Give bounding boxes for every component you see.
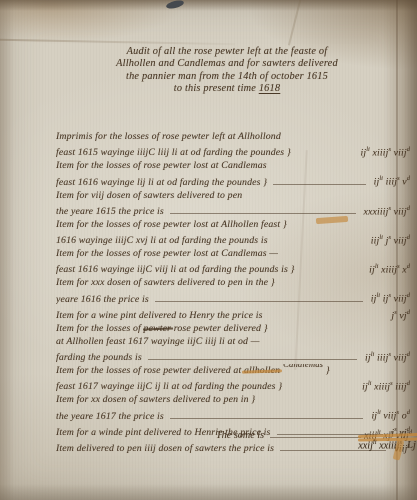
entry-line: feast 1616 wayinge iijC viij li at od fa… — [56, 260, 410, 276]
sum-rule — [270, 436, 361, 438]
entry-text: farding the pounds is — [56, 351, 142, 364]
entry-text: feast 1616 wayinge lij li at od farding … — [56, 176, 267, 189]
entry-amount: ijli xiiijs xd — [364, 260, 410, 276]
entry-text-struck-orange: allhollen — [244, 365, 280, 376]
entry-text-segment: Item for the losses of rose pewter deliv… — [56, 365, 244, 376]
entry-text: feast 1615 wayinge iiijC liij li at od f… — [56, 146, 291, 159]
entry-text-segment: Imprimis for the losses of rose pewter l… — [56, 131, 281, 142]
entry-amount: ijli viijs od — [366, 406, 410, 422]
entry-rule — [273, 183, 365, 185]
entry-line: Item for the losses of rose pewter deliv… — [56, 364, 410, 377]
heading-line-prefix: to this present time — [174, 83, 259, 94]
entry-text-inserted: Candlemas — [283, 364, 323, 371]
entry-line: Item for xxx dosen of sawters delivered … — [56, 276, 410, 289]
entry-rule — [148, 358, 357, 360]
entry-text-segment: feast 1616 wayinge lij li at od farding … — [56, 177, 267, 188]
entry-text-segment: Item for the losses of rose pewter lost … — [56, 160, 267, 171]
sum-label: The some is — [216, 430, 264, 441]
entry-text: Item for xx dosen of sawters delivered t… — [56, 393, 255, 406]
heading: Audit of all the rose pewter left at the… — [86, 46, 368, 96]
entry-line: farding the pounds isijli iiijs viijd — [56, 348, 410, 364]
entry-text: Item for the losses of rose pewter deliv… — [56, 364, 330, 377]
entry-text-segment: Item for a wine pint delivered to Henry … — [56, 310, 263, 321]
entry-amount: ijli iiijs vd — [369, 172, 410, 188]
sum-amount-corrected: xxijli xxiiijs — [354, 439, 402, 451]
entry-amount: js vjd — [386, 306, 410, 322]
entry-line: the yeare 1617 the price isijli viijs od — [56, 406, 410, 422]
entry-text: the yeare 1615 the price is — [56, 205, 164, 218]
entry-text: Item for a wine pint delivered to Henry … — [56, 309, 263, 322]
entry-text: Imprimis for the losses of rose pewter l… — [56, 130, 281, 143]
entry-line: the yeare 1615 the price isxxxiiijs viij… — [56, 202, 410, 218]
entry-text: Item for the losses of rose pewter lost … — [56, 247, 278, 260]
entry-amount: xxxiiijs viijd — [359, 202, 411, 218]
entry-amount: ijli iiijs viijd — [360, 348, 410, 364]
entry-line: at Allhollen feast 1617 wayinge iijC iii… — [56, 335, 410, 348]
entry-text-segment: Item for xx dosen of sawters delivered t… — [56, 394, 255, 405]
entry-line: Item for the losses of rose pewter lost … — [56, 218, 410, 231]
entry-text-segment: Item for xxx dosen of sawters delivered … — [56, 277, 275, 288]
entry-line: feast 1617 wayinge iijC ij li at od fard… — [56, 377, 410, 393]
sum-amounts: xiijli xjs viijd xxijli xxiiijs Lj — [364, 429, 412, 454]
entry-rule — [155, 300, 363, 302]
crease-line — [0, 39, 235, 46]
entry-line: Item for xx dosen of sawters delivered t… — [56, 393, 410, 406]
entry-text-segment: feast 1615 wayinge iiijC liij li at od f… — [56, 147, 291, 158]
entry-text-segment: feast 1617 wayinge iijC ij li at od fard… — [56, 381, 282, 392]
entry-text: feast 1616 wayinge iijC viij li at od fa… — [56, 263, 295, 276]
entry-text-segment: Item for the losses of — [56, 323, 144, 334]
entry-rule — [170, 212, 356, 214]
entry-line: Imprimis for the losses of rose pewter l… — [56, 130, 410, 143]
entry-text-segment: Item for the losses of rose pewter lost … — [56, 219, 287, 230]
entry-text: 1616 wayinge iiijC xvj li at od farding … — [56, 234, 268, 247]
entry-text: feast 1617 wayinge iijC ij li at od fard… — [56, 380, 282, 393]
entry-text-segment: yeare 1616 the price is — [56, 294, 149, 305]
manuscript-page: Audit of all the rose pewter left at the… — [0, 0, 417, 500]
entry-text-segment: the yeare 1615 the price is — [56, 206, 164, 217]
entry-text-segment: Item for viij dosen of sawters delivered… — [56, 190, 242, 201]
entry-text-segment: the yeare 1617 the price is — [56, 411, 164, 422]
entry-text-segment: } — [323, 365, 330, 376]
entry-text: at Allhollen feast 1617 wayinge iijC iii… — [56, 335, 260, 348]
heading-line: to this present time 1618 — [86, 83, 368, 95]
entry-text-segment: 1616 wayinge iiijC xvj li at od farding … — [56, 235, 268, 246]
entry-line: Item for a wine pint delivered to Henry … — [56, 306, 410, 322]
entry-text-segment: at Allhollen feast 1617 wayinge iijC iii… — [56, 336, 260, 347]
entry-text: Item for the losses of pewter rose pewte… — [56, 322, 268, 335]
entry-rule — [170, 417, 364, 419]
entry-amount: ijli xiiijs iiijd — [357, 377, 410, 393]
entry-line: Item for viij dosen of sawters delivered… — [56, 189, 410, 202]
entry-line: 1616 wayinge iiijC xvj li at od farding … — [56, 231, 410, 247]
underlined-year: 1618 — [259, 83, 280, 94]
sum-line: The some is xiijli xjs viijd xxijli xxii… — [216, 429, 412, 454]
heading-line: Allhollen and Candlemas and for sawters … — [86, 58, 368, 70]
entry-line: Item for the losses of pewter rose pewte… — [56, 322, 410, 335]
entry-line: feast 1616 wayinge lij li at od farding … — [56, 172, 410, 188]
heading-line: the pannier man from the 14th of october… — [86, 71, 368, 83]
entry-line: yeare 1616 the price isijli ijs viijd — [56, 289, 410, 305]
entry-text-segment: Item for the losses of rose pewter lost … — [56, 248, 278, 259]
entry-amount: ijli xiiijs viijd — [356, 143, 411, 159]
entry-line: Item for the losses of rose pewter lost … — [56, 247, 410, 260]
entry-text-segment: rose pewter delivered } — [171, 323, 268, 334]
entry-line: feast 1615 wayinge iiijC liij li at od f… — [56, 143, 410, 159]
entry-text: Item for the losses of rose pewter lost … — [56, 159, 267, 172]
entry-text-segment: feast 1616 wayinge iijC viij li at od fa… — [56, 264, 295, 275]
entry-text: yeare 1616 the price is — [56, 293, 149, 306]
entry-line: Item for the losses of rose pewter lost … — [56, 159, 410, 172]
entry-text-segment: farding the pounds is — [56, 352, 142, 363]
heading-line: Audit of all the rose pewter left at the… — [86, 46, 368, 58]
sum-flourish: Lj — [407, 439, 416, 451]
crease-line — [288, 0, 302, 45]
entry-amount: iijli js viijd — [366, 231, 410, 247]
entry-text: the yeare 1617 the price is — [56, 410, 164, 423]
entries-list: Imprimis for the losses of rose pewter l… — [56, 130, 410, 455]
entry-text-struck: pewter — [144, 323, 172, 334]
ink-smudge — [165, 0, 184, 10]
entry-text: Item for xxx dosen of sawters delivered … — [56, 276, 275, 289]
entry-amount: ijli ijs viijd — [366, 289, 410, 305]
entry-text: Item for viij dosen of sawters delivered… — [56, 189, 242, 202]
entry-text: Item for the losses of rose pewter lost … — [56, 218, 287, 231]
